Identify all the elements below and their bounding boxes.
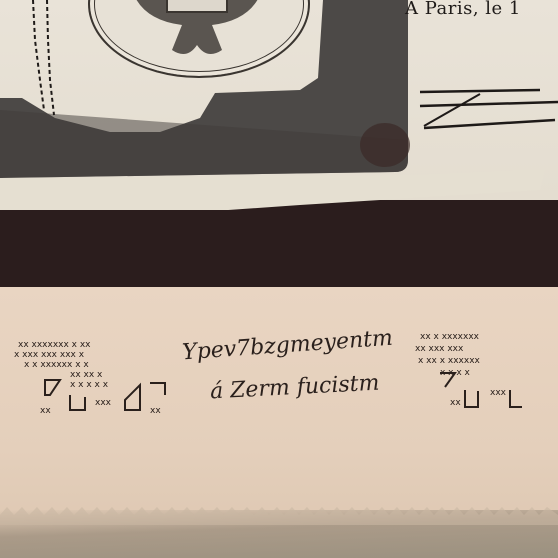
svg-text:x x xxxxxx x x: x x xxxxxx x x bbox=[24, 360, 89, 370]
svg-text:xxx: xxx bbox=[95, 398, 112, 408]
svg-text:xxx: xxx bbox=[490, 388, 507, 398]
stitching-thread bbox=[410, 80, 558, 140]
svg-text:x xxx xxx xxx x: x xxx xxx xxx x bbox=[14, 350, 85, 360]
printed-heading: A Paris, le 1 bbox=[405, 0, 521, 19]
svg-text:xx: xx bbox=[150, 406, 161, 416]
metal-frame-corner bbox=[0, 0, 410, 178]
svg-text:xx xxxxxxx x xx: xx xxxxxxx x xx bbox=[18, 340, 91, 350]
svg-text:xx x xxxxxxx: xx x xxxxxxx bbox=[420, 332, 480, 342]
svg-text:x x x x x: x x x x x bbox=[70, 380, 109, 390]
dark-paper-band bbox=[0, 210, 558, 290]
svg-text:xx xxx xxx: xx xxx xxx bbox=[415, 344, 464, 354]
svg-text:xx: xx bbox=[40, 406, 51, 416]
serrated-paper-edge bbox=[0, 505, 558, 525]
svg-text:xx xx x: xx xx x bbox=[70, 370, 103, 380]
stitching-thread bbox=[30, 0, 60, 120]
svg-text:x xx x xxxxxx: x xx x xxxxxx bbox=[418, 356, 481, 366]
svg-text:xx: xx bbox=[450, 398, 461, 408]
